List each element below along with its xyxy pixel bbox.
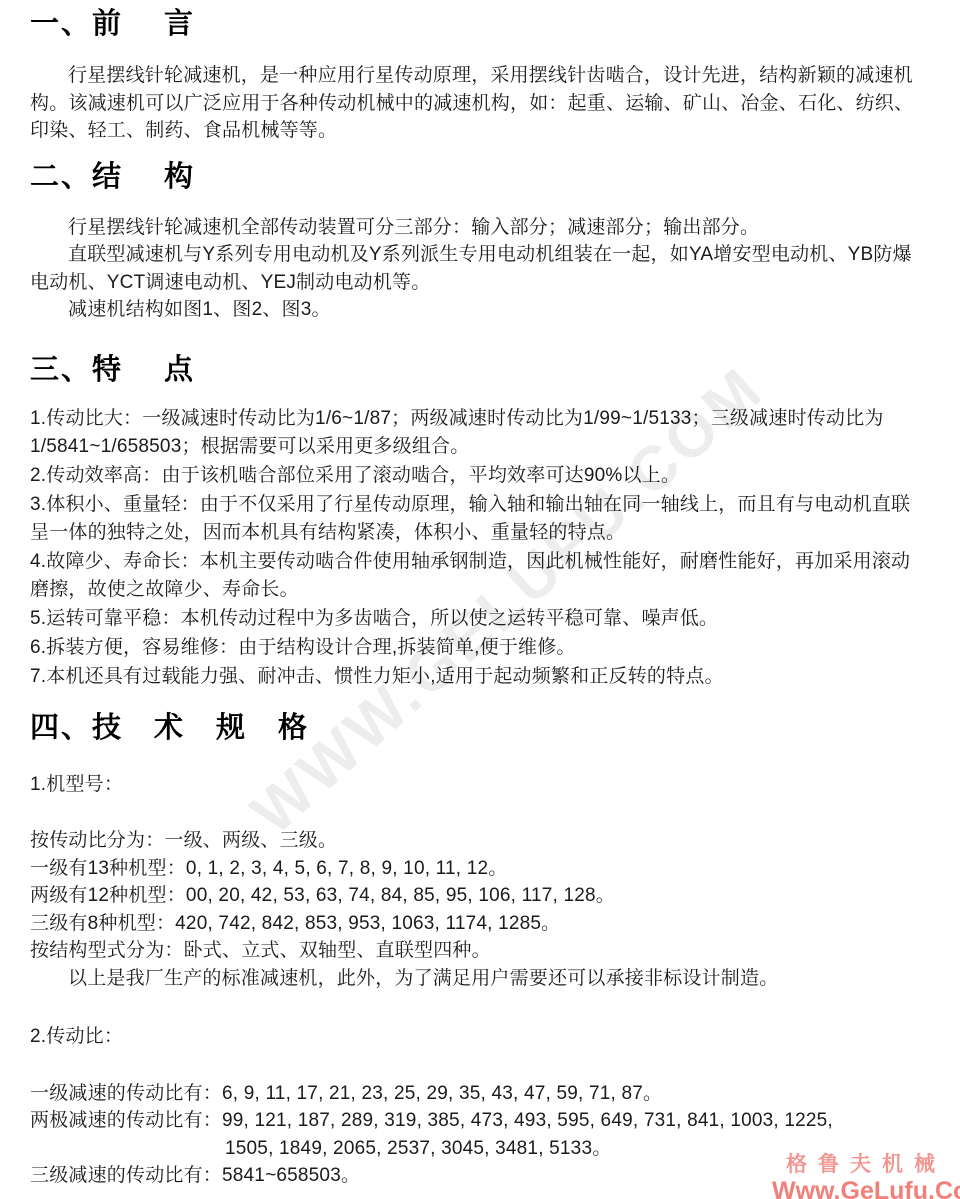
structure-paragraphs: 行星摆线针轮减速机全部传动装置可分三部分：输入部分；减速部分；输出部分。 直联型… — [30, 214, 930, 324]
section-heading-preface: 一、前 言 — [30, 8, 930, 40]
document-page: WWW.GELUFU.COM 一、前 言 行星摆线针轮减速机，是一种应用行星传动… — [0, 8, 960, 1199]
spec-ratio-title: 2.传动比： — [30, 1023, 930, 1051]
text-line: 行星摆线针轮减速机全部传动装置可分三部分：输入部分；减速部分；输出部分。 — [30, 214, 930, 242]
preface-paragraph: 行星摆线针轮减速机，是一种应用行星传动原理，采用摆线针齿啮合，设计先进，结构新颖… — [30, 62, 930, 145]
section-heading-structure: 二、结 构 — [30, 161, 930, 193]
feature-item-line: 3.体积小、重量轻：由于不仅采用了行星传动原理，输入轴和输出轴在同一轴线上，而且… — [30, 491, 930, 519]
text-line: 直联型减速机与Y系列专用电动机及Y系列派生专用电动机组装在一起，如YA增安型电动… — [30, 241, 930, 269]
text-line: 按结构型式分为：卧式、立式、双轴型、直联型四种。 — [30, 937, 930, 965]
text-line: 按传动比分为：一级、两级、三级。 — [30, 827, 930, 855]
spec-model-lines: 按传动比分为：一级、两级、三级。 一级有13种机型：0, 1, 2, 3, 4,… — [30, 827, 930, 992]
text-line: 一级减速的传动比有：6, 9, 11, 17, 21, 23, 25, 29, … — [30, 1080, 930, 1108]
feature-item-line: 6.拆装方便，容易维修：由于结构设计合理,拆装简单,便于维修。 — [30, 634, 930, 662]
feature-item-line: 5.运转可靠平稳：本机传动过程中为多齿啮合，所以使之运转平稳可靠、噪声低。 — [30, 605, 930, 633]
spec-model-title: 1.机型号： — [30, 771, 930, 799]
feature-item-line: 2.传动效率高：由于该机啮合部位采用了滚动啮合，平均效率可达90%以上。 — [30, 462, 930, 490]
text-line: 减速机结构如图1、图2、图3。 — [30, 296, 930, 324]
brand-watermark: 格鲁夫机械 Www.GeLufu.Com — [772, 1148, 960, 1199]
text-line: 构。该减速机可以广泛应用于各种传动机械中的减速机构，如：起重、运输、矿山、冶金、… — [30, 90, 930, 118]
feature-item-line: 4.故障少、寿命长：本机主要传动啮合件使用轴承钢制造，因此机械性能好，耐磨性能好… — [30, 548, 930, 576]
text-line: 印染、轻工、制药、食品机械等等。 — [30, 117, 930, 145]
section-heading-specs: 四、技 术 规 格 — [30, 712, 930, 744]
feature-item-line: 7.本机还具有过载能力强、耐冲击、惯性力矩小,适用于起动频繁和正反转的特点。 — [30, 663, 930, 691]
text-line: 两级有12种机型：00, 20, 42, 53, 63, 74, 84, 85,… — [30, 882, 930, 910]
text-line: 三级有8种机型：420, 742, 842, 853, 953, 1063, 1… — [30, 910, 930, 938]
text-line: 两极减速的传动比有：99, 121, 187, 289, 319, 385, 4… — [30, 1107, 930, 1135]
feature-item-line: 呈一体的独特之处，因而本机具有结构紧凑，体积小、重量轻的特点。 — [30, 519, 930, 547]
feature-item-line: 1/5841~1/658503；根据需要可以采用更多级组合。 — [30, 433, 930, 461]
brand-website-url: Www.GeLufu.Com — [772, 1177, 960, 1199]
text-line: 以上是我厂生产的标准减速机，此外，为了满足用户需要还可以承接非标设计制造。 — [30, 965, 930, 993]
features-list: 1.传动比大：一级减速时传动比为1/6~1/87；两级减速时传动比为1/99~1… — [30, 405, 930, 691]
feature-item-line: 1.传动比大：一级减速时传动比为1/6~1/87；两级减速时传动比为1/99~1… — [30, 405, 930, 433]
section-heading-features: 三、特 点 — [30, 354, 930, 386]
text-line: 电动机、YCT调速电动机、YEJ制动电动机等。 — [30, 269, 930, 297]
brand-name-chinese: 格鲁夫机械 — [772, 1148, 960, 1178]
feature-item-line: 磨擦，故使之故障少、寿命长。 — [30, 576, 930, 604]
text-line: 一级有13种机型：0, 1, 2, 3, 4, 5, 6, 7, 8, 9, 1… — [30, 855, 930, 883]
text-line: 行星摆线针轮减速机，是一种应用行星传动原理，采用摆线针齿啮合，设计先进，结构新颖… — [30, 62, 930, 90]
